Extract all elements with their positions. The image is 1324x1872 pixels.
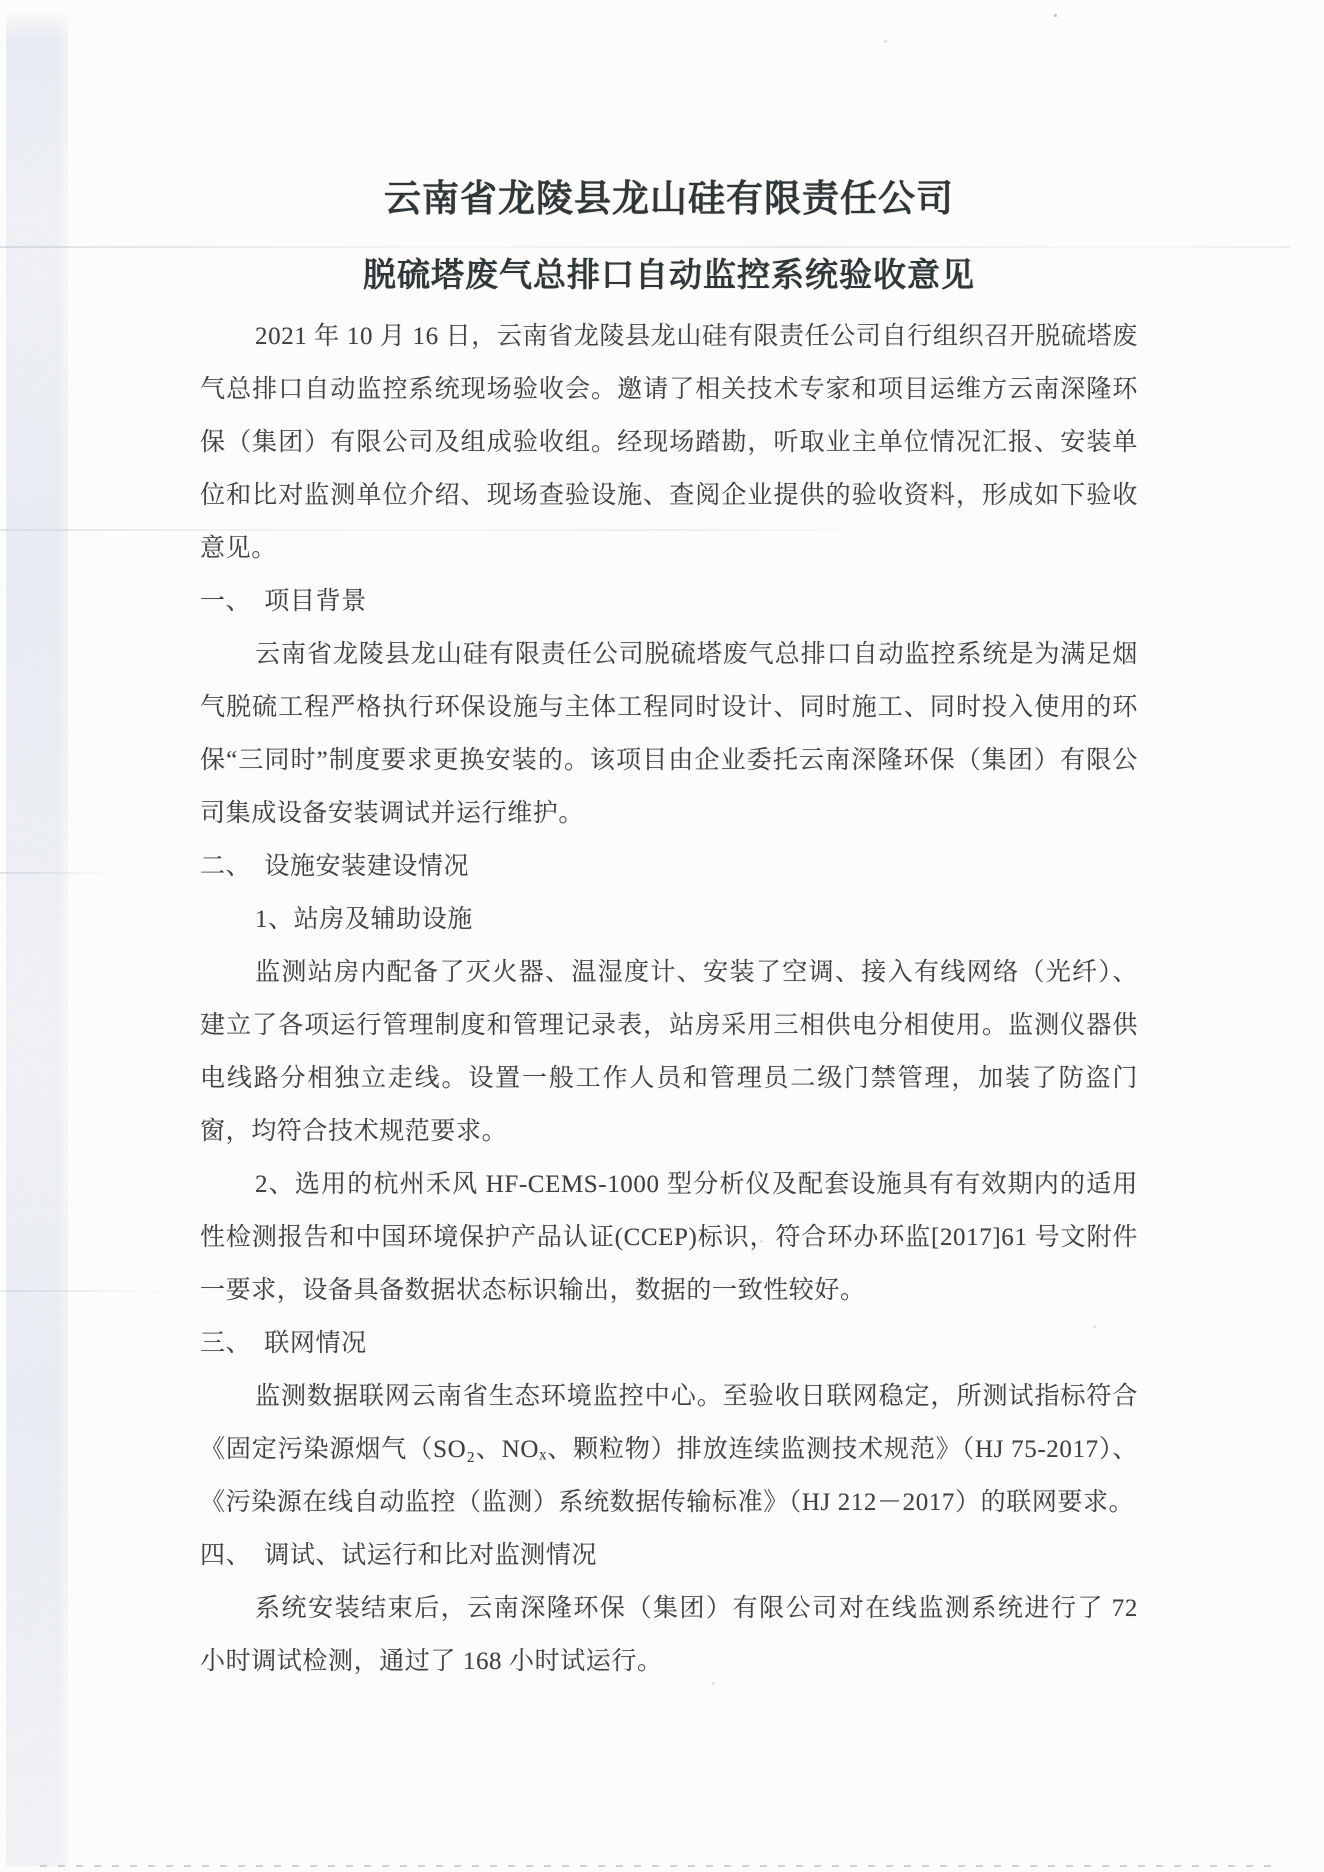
scan-page-bottom-edge [40, 1865, 1280, 1867]
section-3-paragraph: 监测数据联网云南省生态环境监控中心。至验收日联网稳定，所测试指标符合《固定污染源… [200, 1370, 1138, 1529]
document-body: 2021 年 10 月 16 日，云南省龙陵县龙山硅有限责任公司自行组织召开脱硫… [200, 310, 1138, 1688]
section-4-heading: 四、 调试、试运行和比对监测情况 [200, 1529, 1138, 1582]
document-title: 云南省龙陵县龙山硅有限责任公司 [200, 176, 1138, 224]
document-subtitle: 脱硫塔废气总排口自动监控系统验收意见 [200, 254, 1138, 298]
document-page: 云南省龙陵县龙山硅有限责任公司 脱硫塔废气总排口自动监控系统验收意见 2021 … [0, 0, 1324, 1872]
section-3-heading: 三、 联网情况 [200, 1317, 1138, 1370]
section-2-paragraph-1: 监测站房内配备了灭火器、温湿度计、安装了空调、接入有线网络（光纤）、建立了各项运… [200, 946, 1138, 1158]
section-2-subitem-1: 1、站房及辅助设施 [200, 893, 1138, 946]
scan-streak-line [0, 1290, 170, 1292]
section-2-heading: 二、 设施安装建设情况 [200, 840, 1138, 893]
section-1-heading: 一、 项目背景 [200, 575, 1138, 628]
intro-paragraph: 2021 年 10 月 16 日，云南省龙陵县龙山硅有限责任公司自行组织召开脱硫… [200, 310, 1138, 575]
document-content: 云南省龙陵县龙山硅有限责任公司 脱硫塔废气总排口自动监控系统验收意见 2021 … [200, 0, 1138, 1688]
scan-band-fade [6, 10, 82, 1866]
scan-streak-line [0, 872, 120, 874]
section-2-paragraph-2: 2、选用的杭州禾风 HF-CEMS-1000 型分析仪及配套设施具有有效期内的适… [200, 1158, 1138, 1317]
section-1-paragraph: 云南省龙陵县龙山硅有限责任公司脱硫塔废气总排口自动监控系统是为满足烟气脱硫工程严… [200, 628, 1138, 840]
section-4-paragraph: 系统安装结束后，云南深隆环保（集团）有限公司对在线监测系统进行了 72 小时调试… [200, 1582, 1138, 1688]
